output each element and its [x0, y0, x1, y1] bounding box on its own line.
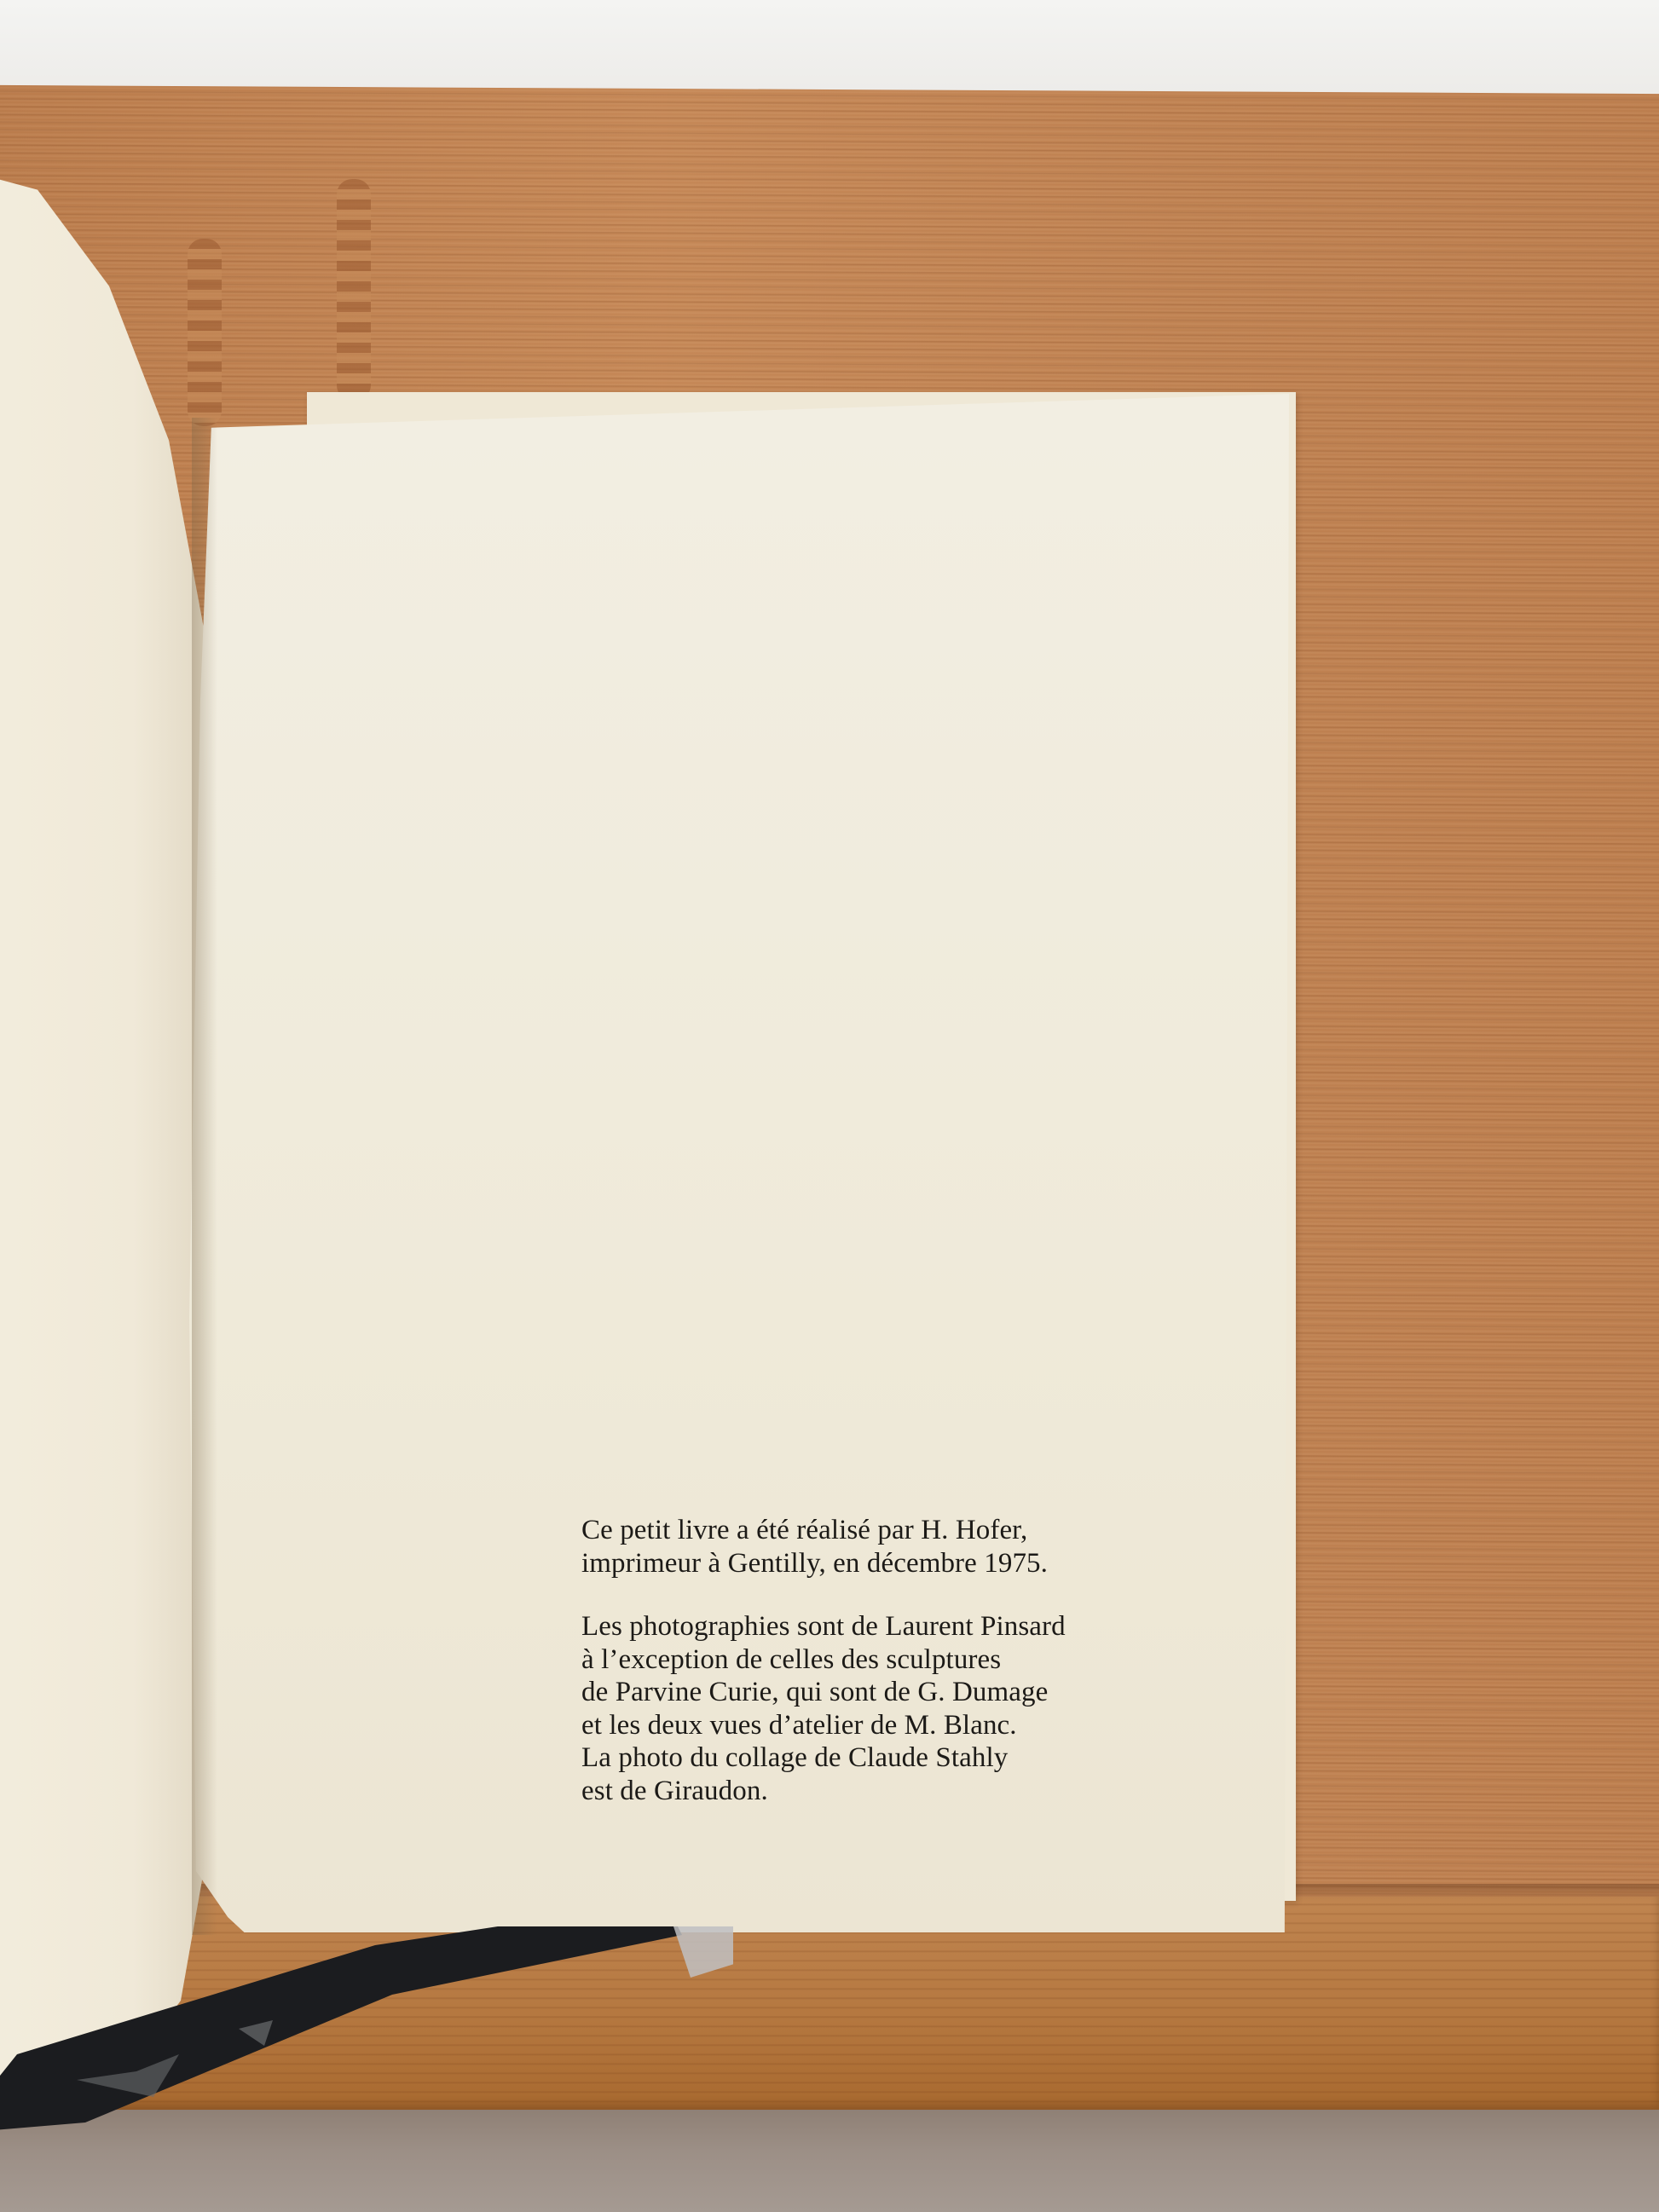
colophon-line: imprimeur à Gentilly, en décembre 1975. — [581, 1547, 1178, 1580]
page-holder-clamp-icon — [0, 1926, 733, 2131]
book-gutter-shadow — [192, 418, 217, 1935]
colophon-line: La photo du collage de Claude Stahly — [581, 1741, 1178, 1775]
colophon-text: Ce petit livre a été réalisé par H. Hofe… — [581, 1514, 1178, 1838]
colophon-paragraph-printer: Ce petit livre a été réalisé par H. Hofe… — [581, 1514, 1178, 1580]
colophon-line: est de Giraudon. — [581, 1775, 1178, 1808]
colophon-paragraph-photo-credits: Les photographies sont de Laurent Pinsar… — [581, 1610, 1178, 1807]
bamboo-node-texture — [337, 179, 371, 401]
colophon-line: Ce petit livre a été réalisé par H. Hofe… — [581, 1514, 1178, 1547]
colophon-line: à l’exception de celles des sculptures — [581, 1643, 1178, 1677]
colophon-line: et les deux vues d’atelier de M. Blanc. — [581, 1709, 1178, 1742]
colophon-line: Les photographies sont de Laurent Pinsar… — [581, 1610, 1178, 1643]
bamboo-node-texture — [188, 239, 222, 426]
colophon-line: de Parvine Curie, qui sont de G. Dumage — [581, 1676, 1178, 1709]
